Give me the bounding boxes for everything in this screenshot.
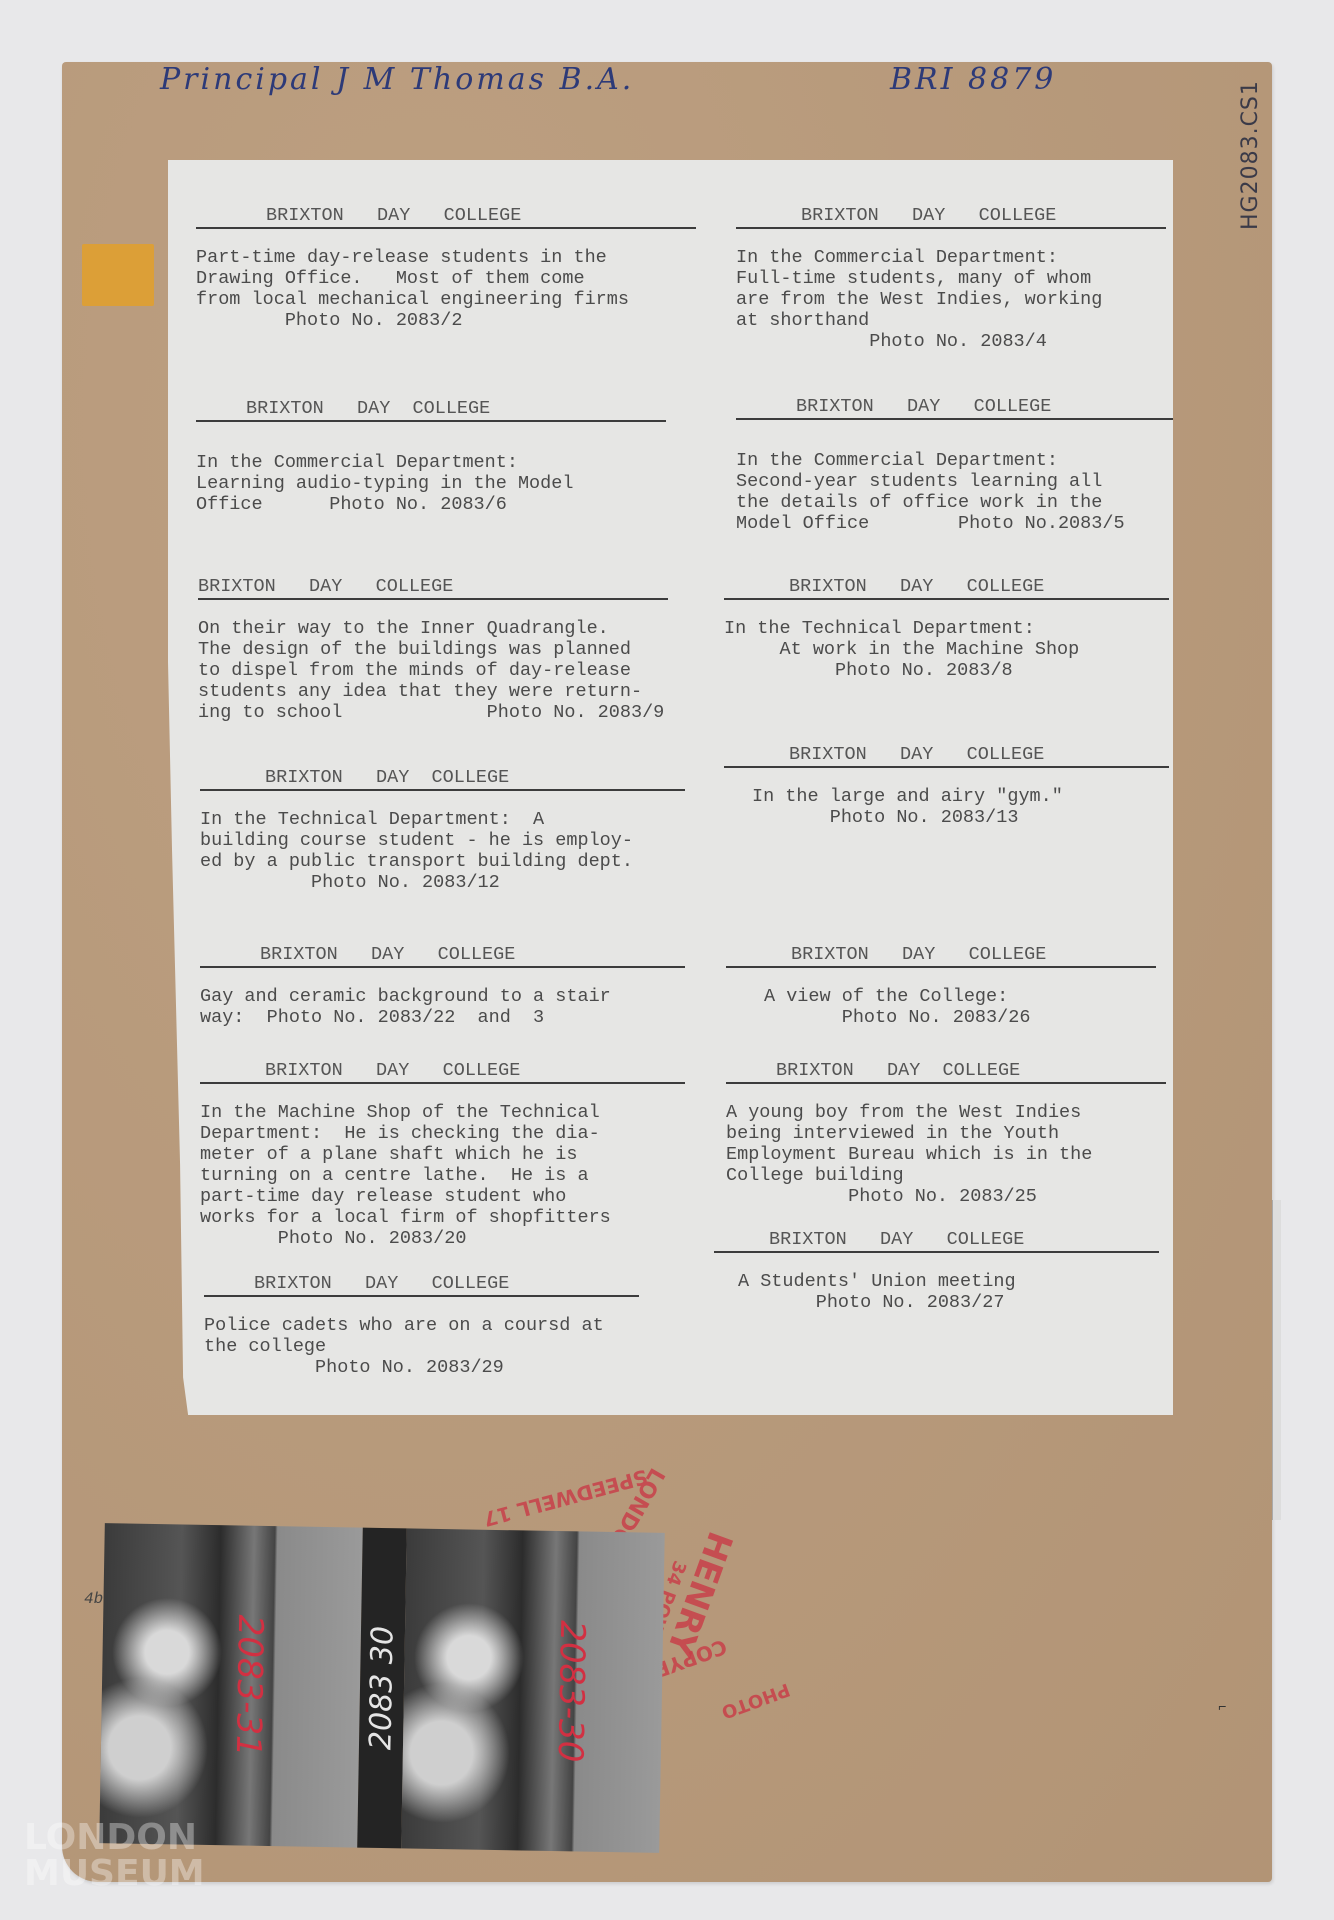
entry-photo-no: Photo No. 2083/12 xyxy=(200,872,685,893)
entry-heading: BRIXTON DAY COLLEGE xyxy=(200,944,685,968)
entry-body: Police cadets who are on a coursd at the… xyxy=(204,1315,639,1357)
entry-body: In the Commercial Department: Full-time … xyxy=(736,247,1166,331)
caption-entry: BRIXTON DAY COLLEGE A young boy from the… xyxy=(726,1060,1166,1207)
entry-heading: BRIXTON DAY COLLEGE xyxy=(726,944,1156,968)
entry-heading: BRIXTON DAY COLLEGE xyxy=(204,1273,639,1297)
entry-heading: BRIXTON DAY COLLEGE xyxy=(198,576,668,600)
entry-heading: BRIXTON DAY COLLEGE xyxy=(724,576,1169,600)
caption-entry: BRIXTON DAY COLLEGE In the Commercial De… xyxy=(196,398,666,515)
entry-photo-no: Photo No. 2083/27 xyxy=(714,1292,1159,1313)
contact-print-strip: 2083-31 2083 30 2083-30 xyxy=(99,1523,664,1853)
entry-body: In the Machine Shop of the Technical Dep… xyxy=(200,1102,685,1228)
caption-entry: BRIXTON DAY COLLEGE In the Machine Shop … xyxy=(200,1060,685,1249)
entry-heading: BRIXTON DAY COLLEGE xyxy=(724,744,1169,768)
entry-heading: BRIXTON DAY COLLEGE xyxy=(714,1229,1159,1253)
caption-entry: BRIXTON DAY COLLEGE In the Technical Dep… xyxy=(724,576,1169,681)
caption-entry: BRIXTON DAY COLLEGE In the Commercial De… xyxy=(736,396,1176,534)
caption-entry: BRIXTON DAY COLLEGE On their way to the … xyxy=(198,576,668,723)
negative-number-strip: 2083 30 xyxy=(357,1528,407,1849)
entry-body: In the Technical Department: At work in … xyxy=(724,618,1169,660)
entry-body: In the Commercial Department: Second-yea… xyxy=(736,450,1176,534)
caption-entry: BRIXTON DAY COLLEGE A Students' Union me… xyxy=(714,1229,1159,1313)
entry-photo-no: Photo No. 2083/29 xyxy=(204,1357,639,1378)
caption-entry: BRIXTON DAY COLLEGE In the Commercial De… xyxy=(736,205,1166,352)
board-edge xyxy=(1272,1200,1281,1520)
entry-heading: BRIXTON DAY COLLEGE xyxy=(200,767,685,791)
entry-heading: BRIXTON DAY COLLEGE xyxy=(736,205,1166,229)
pencil-mark: 4b xyxy=(84,1590,103,1608)
caption-entry: BRIXTON DAY COLLEGE In the Technical Dep… xyxy=(200,767,685,893)
print-label: 2083-31 xyxy=(228,1614,270,1757)
entry-body: On their way to the Inner Quadrangle. Th… xyxy=(198,618,668,723)
corner-mark: ⌐ xyxy=(1218,1700,1226,1716)
entry-photo-no: Photo No. 2083/20 xyxy=(200,1228,685,1249)
watermark-line: LONDON xyxy=(24,1820,205,1856)
entry-heading: BRIXTON DAY COLLEGE xyxy=(196,398,666,422)
caption-entry: BRIXTON DAY COLLEGE Gay and ceramic back… xyxy=(200,944,685,1028)
watermark-line: MUSEUM xyxy=(24,1856,205,1892)
entry-heading: BRIXTON DAY COLLEGE xyxy=(196,205,696,229)
caption-entry: BRIXTON DAY COLLEGE Part-time day-releas… xyxy=(196,205,696,331)
side-reference: HG2083.CS1 xyxy=(1238,80,1263,230)
entry-body: A Students' Union meeting xyxy=(714,1271,1159,1292)
caption-entry: BRIXTON DAY COLLEGE Police cadets who ar… xyxy=(204,1273,639,1378)
adhesive-tape xyxy=(82,244,154,306)
entry-photo-no: Photo No. 2083/13 xyxy=(724,807,1169,828)
entry-heading: BRIXTON DAY COLLEGE xyxy=(736,396,1176,420)
negative-label: 2083 30 xyxy=(363,1626,400,1751)
caption-entry: BRIXTON DAY COLLEGE In the large and air… xyxy=(724,744,1169,828)
handwritten-ref: BRI 8879 xyxy=(890,62,1056,97)
entry-photo-no: Photo No. 2083/26 xyxy=(726,1007,1156,1028)
entry-body: In the Technical Department: A building … xyxy=(200,809,685,872)
entry-heading: BRIXTON DAY COLLEGE xyxy=(200,1060,685,1084)
entry-body: Gay and ceramic background to a stair wa… xyxy=(200,986,685,1028)
photo-print-30: 2083-30 xyxy=(401,1528,665,1852)
entry-body: In the large and airy "gym." xyxy=(724,786,1169,807)
photo-print-31: 2083-31 xyxy=(99,1523,363,1847)
museum-watermark: LONDON MUSEUM xyxy=(24,1820,205,1892)
caption-entry: BRIXTON DAY COLLEGE A view of the Colleg… xyxy=(726,944,1156,1028)
entry-photo-no: Photo No. 2083/4 xyxy=(736,331,1166,352)
entry-body: A young boy from the West Indies being i… xyxy=(726,1102,1166,1186)
entry-body: A view of the College: xyxy=(726,986,1156,1007)
entry-photo-no: Photo No. 2083/8 xyxy=(724,660,1169,681)
entry-photo-no: Photo No. 2083/25 xyxy=(726,1186,1166,1207)
entry-body: Part-time day-release students in the Dr… xyxy=(196,247,696,310)
handwritten-principal: Principal J M Thomas B.A. xyxy=(160,62,634,97)
print-label: 2083-30 xyxy=(550,1620,592,1763)
entry-heading: BRIXTON DAY COLLEGE xyxy=(726,1060,1166,1084)
entry-body: In the Commercial Department: Learning a… xyxy=(196,452,666,515)
entry-photo-no: Photo No. 2083/2 xyxy=(196,310,696,331)
typed-sheet: BRIXTON DAY COLLEGE Part-time day-releas… xyxy=(168,160,1173,1415)
